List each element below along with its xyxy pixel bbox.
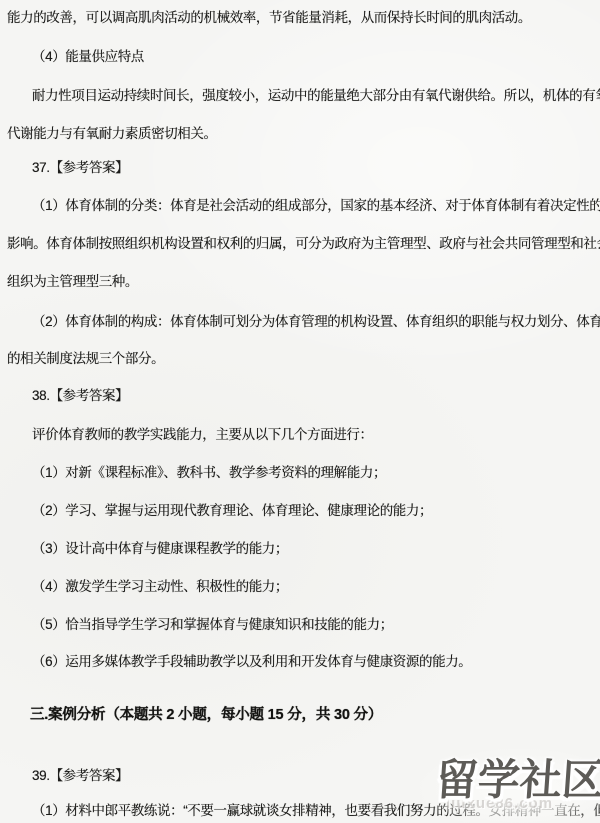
text-line: 评价体育教师的教学实践能力，主要从以下几个方面进行： — [32, 425, 373, 444]
text-line: （4）能量供应特点 — [32, 47, 144, 66]
text-line: （4）激发学生学习主动性、积极性的能力； — [32, 577, 288, 596]
text-line: 38.【参考答案】 — [32, 386, 128, 405]
text-line: 代谢能力与有氧耐力素质密切相关。 — [7, 124, 217, 143]
text-line: 的相关制度法规三个部分。 — [7, 349, 164, 368]
watermark-logo: 留学社区 — [434, 747, 600, 808]
text-line: 能力的改善，可以调高肌肉活动的机械效率，节省能量消耗，从而保持长时间的肌肉活动。 — [7, 8, 531, 27]
text-line: （1）体育体制的分类：体育是社会活动的组成部分，国家的基本经济、对于体育体制有着… — [32, 196, 600, 215]
text-line: 37.【参考答案】 — [32, 158, 128, 177]
text-line: 耐力性项目运动持续时间长，强度较小，运动中的能量绝大部分由有氧代谢供给。所以，机… — [32, 86, 600, 105]
text-line: （2）体育体制的构成：体育体制可划分为体育管理的机构设置、体育组织的职能与权力划… — [32, 312, 600, 331]
text-line: （1）对新《课程标准》、教科书、教学参考资料的理解能力； — [32, 463, 386, 482]
text-line: （3）设计高中体育与健康课程教学的能力； — [32, 539, 288, 558]
text-line: （6）运用多媒体教学手段辅助教学以及利用和开发体育与健康资源的能力。 — [32, 652, 471, 671]
section-heading: 三.案例分析（本题共 2 小题，每小题 15 分，共 30 分） — [30, 706, 382, 725]
document-page: 能力的改善，可以调高肌肉活动的机械效率，节省能量消耗，从而保持长时间的肌肉活动。… — [0, 0, 600, 823]
text-line: 组织为主管理型三种。 — [7, 272, 138, 291]
text-line: 影响。体育体制按照组织机构设置和权利的归属，可分为政府为主管理型、政府与社会共同… — [7, 234, 600, 253]
text-line: （2）学习、掌握与运用现代教育理论、体育理论、健康理论的能力； — [32, 501, 432, 520]
text-line: 39.【参考答案】 — [32, 766, 128, 785]
text-line: （5）恰当指导学生学习和掌握体育与健康知识和技能的能力； — [32, 615, 393, 634]
